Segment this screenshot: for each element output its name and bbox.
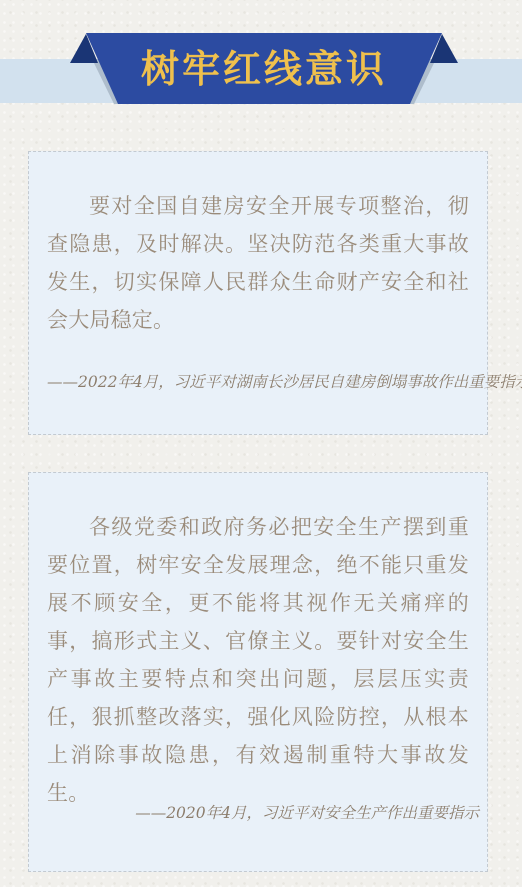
quote-text: 各级党委和政府务必把安全生产摆到重要位置，树牢安全发展理念，绝不能只重发展不顾安… (29, 473, 487, 813)
page: { "banner": { "title": "树牢红线意识", "colors… (0, 0, 522, 887)
quote-attribution: ——2022年4月，习近平对湖南长沙居民自建房倒塌事故作出重要指示 (47, 370, 479, 392)
quote-attribution: ——2020年4月，习近平对安全生产作出重要指示 (47, 801, 479, 823)
banner-title: 树牢红线意识 (134, 49, 394, 91)
quote-card-2022: 要对全国自建房安全开展专项整治，彻查隐患，及时解决。坚决防范各类重大事故发生，切… (28, 151, 488, 435)
quote-text: 要对全国自建房安全开展专项整治，彻查隐患，及时解决。坚决防范各类重大事故发生，切… (29, 152, 487, 340)
quote-card-2020: 各级党委和政府务必把安全生产摆到重要位置，树牢安全发展理念，绝不能只重发展不顾安… (28, 472, 488, 872)
banner: 树牢红线意识 (0, 0, 522, 130)
